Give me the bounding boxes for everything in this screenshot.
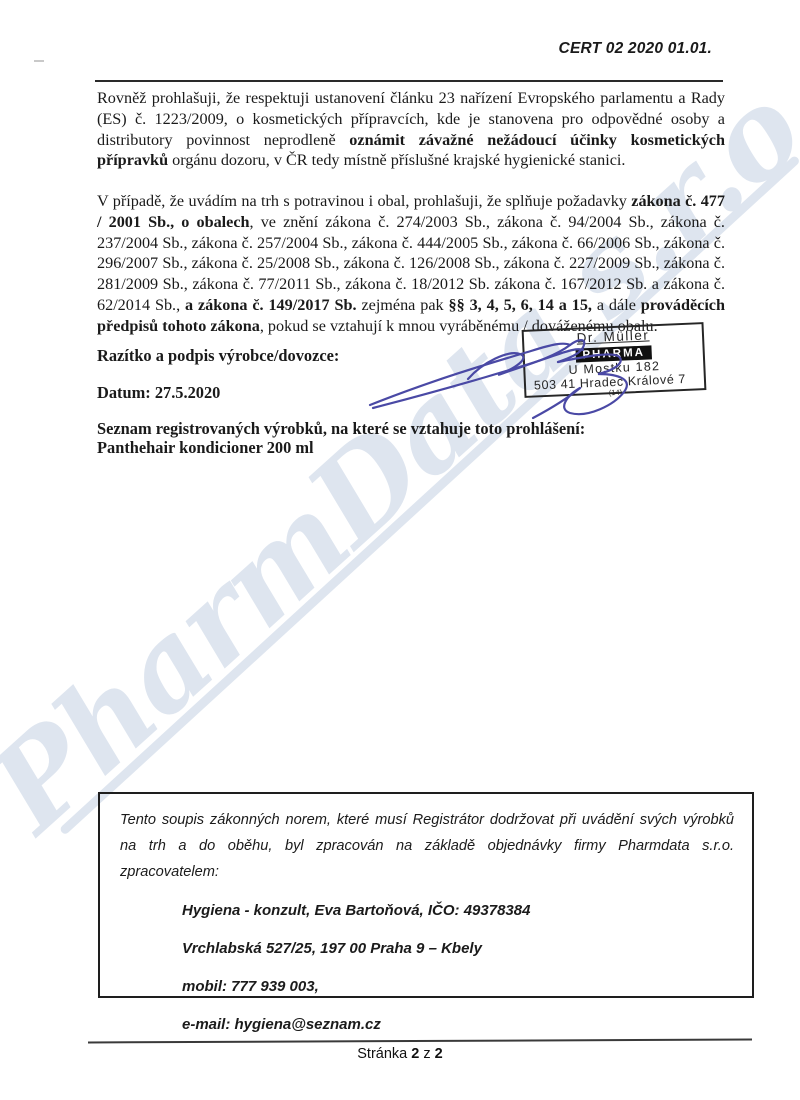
signature-scribble — [348, 318, 678, 433]
footer-rule — [88, 1039, 752, 1044]
document-page: CERT 02 2020 01.01. Rovněž prohlašuji, ž… — [0, 0, 800, 1100]
doc-code: CERT 02 2020 01.01. — [559, 40, 712, 58]
header-rule — [95, 80, 723, 82]
text-segment-bold: a zákona č. 149/2017 Sb. — [185, 296, 357, 314]
info-box-intro: Tento soupis zákonných norem, které musí… — [120, 807, 734, 885]
contact-address: Vrchlabská 527/25, 197 00 Praha 9 – Kbel… — [182, 940, 734, 957]
footer-separator: z — [423, 1046, 430, 1062]
contact-mobile: mobil: 777 939 003, — [182, 978, 734, 995]
label-stamp-signature: Razítko a podpis výrobce/dovozce: — [97, 346, 339, 366]
footer-prefix: Stránka — [357, 1046, 407, 1062]
scan-artifact-dash — [34, 60, 44, 62]
text-segment: V případě, že uvádím na trh s potravinou… — [97, 192, 631, 210]
text-segment: orgánu dozoru, v ČR tedy místně příslušn… — [168, 151, 625, 169]
label-date: Datum: 27.5.2020 — [97, 383, 220, 403]
text-segment-bold: §§ 3, 4, 5, 6, 14 a 15, — [449, 296, 592, 314]
footer-page-indicator: Stránka 2 z 2 — [0, 1046, 800, 1062]
contact-email: e-mail: hygiena@seznam.cz — [182, 1016, 734, 1033]
paragraph-packaging-law: V případě, že uvádím na trh s potravinou… — [97, 191, 725, 337]
footer-page-current: 2 — [411, 1046, 419, 1062]
info-box: Tento soupis zákonných norem, které musí… — [98, 792, 754, 998]
product-name: Panthehair kondicioner 200 ml — [97, 438, 314, 458]
contact-name: Hygiena - konzult, Eva Bartoňová, IČO: 4… — [182, 902, 734, 919]
paragraph-compliance: Rovněž prohlašuji, že respektuji ustanov… — [97, 88, 725, 171]
footer-page-total: 2 — [435, 1046, 443, 1062]
text-segment: zejména pak — [357, 296, 449, 314]
text-segment: a dále — [592, 296, 641, 314]
